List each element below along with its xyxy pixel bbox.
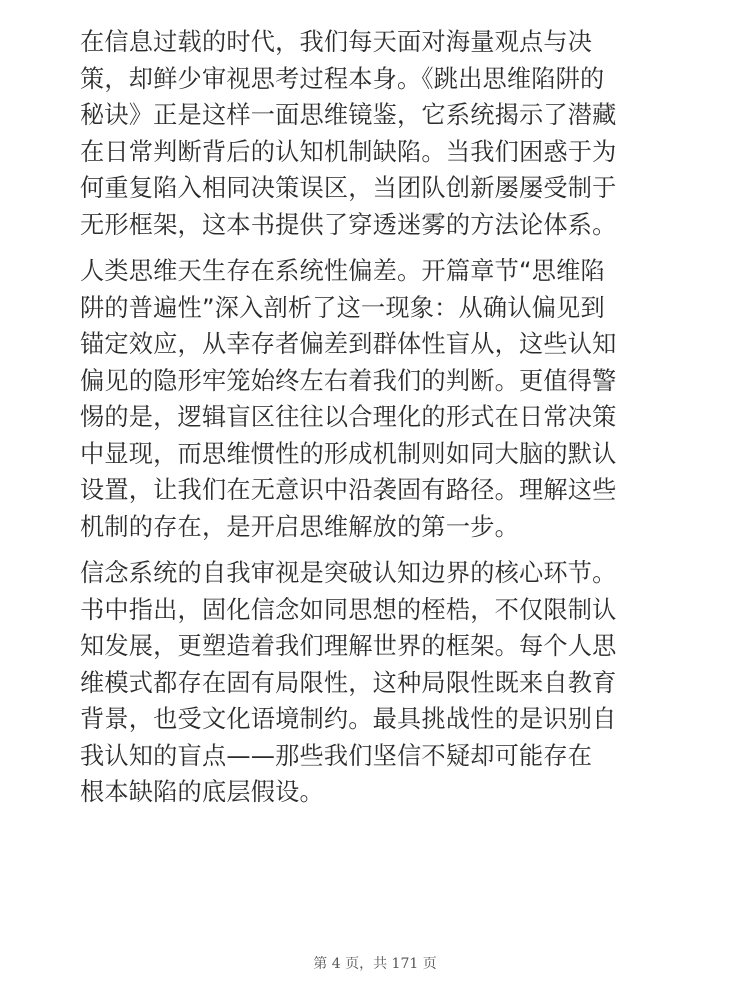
- text-line: 人类思维天生存在系统性偏差。开篇章节“思维陷: [80, 253, 672, 290]
- text-line: 知发展，更塑造着我们理解世界的框架。每个人思: [80, 628, 672, 665]
- text-line: 设置，让我们在无意识中沿袭固有路径。理解这些: [80, 472, 672, 509]
- text-line: 机制的存在，是开启思维解放的第一步。: [80, 509, 672, 546]
- text-line: 信念系统的自我审视是突破认知边界的核心环节。: [80, 555, 672, 592]
- paragraph-belief-system: 信念系统的自我审视是突破认知边界的核心环节。 书中指出，固化信念如同思想的桎梏，…: [80, 555, 672, 811]
- text-line: 维模式都存在固有局限性，这种局限性既来自教育: [80, 665, 672, 702]
- text-line: 在日常判断背后的认知机制缺陷。当我们困惑于为: [80, 134, 672, 171]
- paragraph-intro: 在信息过载的时代，我们每天面对海量观点与决 策，却鲜少审视思考过程本身。《跳出思…: [80, 24, 672, 243]
- text-line: 中显现，而思维惯性的形成机制则如同大脑的默认: [80, 436, 672, 473]
- text-line: 何重复陷入相同决策误区，当团队创新屡屡受制于: [80, 170, 672, 207]
- text-line: 我认知的盲点——那些我们坚信不疑却可能存在: [80, 738, 672, 775]
- text-line: 书中指出，固化信念如同思想的桎梏，不仅限制认: [80, 592, 672, 629]
- text-line: 策，却鲜少审视思考过程本身。《跳出思维陷阱的: [80, 61, 672, 98]
- text-line: 无形框架，这本书提供了穿透迷雾的方法论体系。: [80, 207, 672, 244]
- text-line: 惕的是，逻辑盲区往往以合理化的形式在日常决策: [80, 399, 672, 436]
- text-line: 背景，也受文化语境制约。最具挑战性的是识别自: [80, 701, 672, 738]
- text-line: 在信息过载的时代，我们每天面对海量观点与决: [80, 24, 672, 61]
- document-page: 在信息过载的时代，我们每天面对海量观点与决 策，却鲜少审视思考过程本身。《跳出思…: [80, 24, 672, 821]
- text-line: 秘诀》正是这样一面思维镜鉴，它系统揭示了潜藏: [80, 97, 672, 134]
- text-line: 根本缺陷的底层假设。: [80, 774, 672, 811]
- paragraph-cognitive-bias: 人类思维天生存在系统性偏差。开篇章节“思维陷 阱的普遍性”深入剖析了这一现象：从…: [80, 253, 672, 545]
- text-line: 锚定效应，从幸存者偏差到群体性盲从，这些认知: [80, 326, 672, 363]
- text-line: 偏见的隐形牢笼始终左右着我们的判断。更值得警: [80, 363, 672, 400]
- text-line: 阱的普遍性”深入剖析了这一现象：从确认偏见到: [80, 290, 672, 327]
- page-number-footer: 第 4 页，共 171 页: [0, 953, 750, 973]
